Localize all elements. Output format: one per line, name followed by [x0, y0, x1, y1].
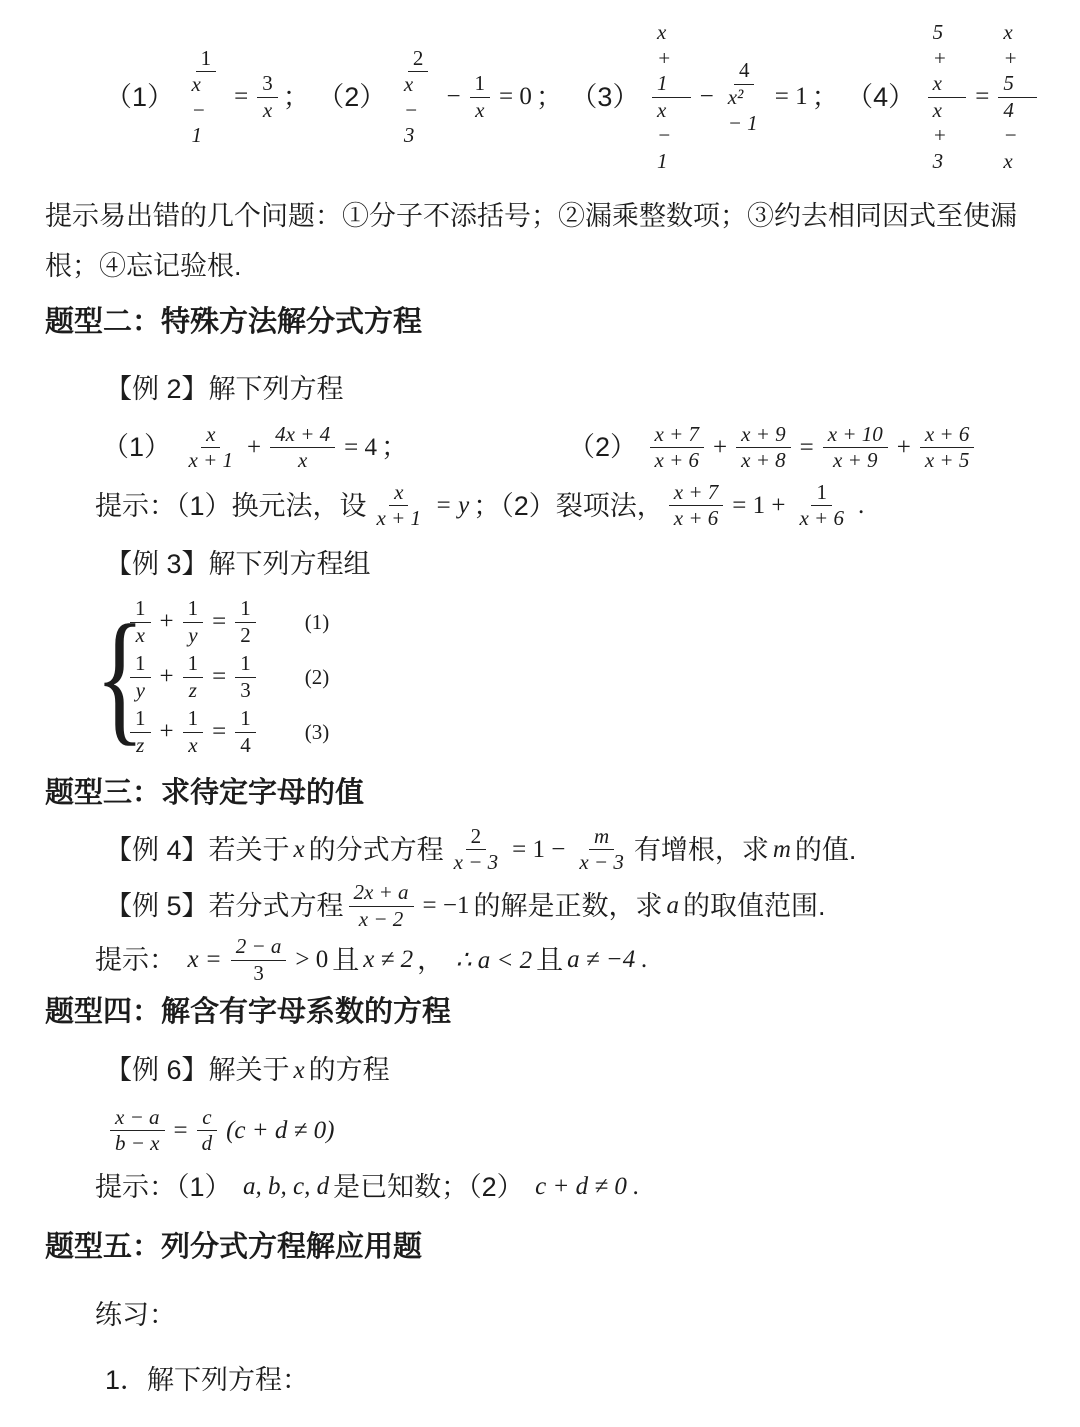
fraction: 13	[235, 651, 256, 703]
fraction: mx − 3	[574, 824, 629, 876]
math-run: =	[212, 718, 226, 746]
fraction: 1y	[183, 596, 204, 648]
text-run: 的值.	[795, 832, 857, 868]
text-run: 是已知数；（2）	[333, 1169, 531, 1205]
text-run: 的解是正数，求	[473, 888, 662, 924]
math-run: =	[800, 434, 814, 462]
text-run: 的取值范围.	[683, 888, 826, 924]
worksheet-page: （1） 1x − 1=3x； （2） 2x − 3−1x= 0； （3） x +…	[0, 0, 1080, 1427]
numerator: 2	[408, 46, 429, 73]
denominator: b − x	[110, 1131, 165, 1157]
text-run: 且	[332, 942, 359, 978]
denominator: x − 3	[574, 850, 629, 876]
denominator: 4	[235, 733, 256, 759]
numerator: x + 10	[823, 422, 888, 449]
numerator: 1	[196, 46, 217, 73]
denominator: x − 1	[187, 72, 226, 149]
denominator: x + 9	[828, 448, 883, 474]
text-run: 的方程	[309, 1052, 390, 1088]
numerator: 2 − a	[231, 934, 287, 961]
fraction: x + 6x + 5	[920, 422, 975, 474]
denominator: x	[258, 98, 277, 124]
math-run: ∴ a < 2	[456, 945, 533, 975]
system-rows: 1x+1y=12 (1) 1y+1z=13 (2) 1z+1x=14 (3)	[125, 595, 329, 760]
denominator: x + 8	[736, 448, 791, 474]
fraction: xx + 1	[372, 480, 427, 532]
intro-equations-line: （1） 1x − 1=3x； （2） 2x − 3−1x= 0； （3） x +…	[45, 20, 1042, 175]
text-run: 【例 4】若关于	[105, 832, 290, 868]
fraction: x + 10x + 9	[823, 422, 888, 474]
math-run: =	[174, 1117, 188, 1145]
fraction: x + 54 − x	[998, 20, 1037, 175]
text-run: （2）	[568, 429, 645, 465]
example-6-equation: x − ab − x=cd(c + d ≠ 0)	[45, 1105, 1042, 1157]
fraction: cd	[197, 1105, 218, 1157]
math-run: =	[212, 608, 226, 636]
numerator: x	[201, 422, 220, 449]
fraction: x + 7x + 6	[650, 422, 705, 474]
text-run: ；	[381, 429, 408, 465]
example-5-hint: 提示： x =2 − a3> 0且x ≠ 2， ∴ a < 2且a ≠ −4 .	[45, 934, 1042, 986]
denominator: x − 3	[399, 72, 438, 149]
math-run: c + d ≠ 0 .	[535, 1173, 639, 1201]
math-run: = 4	[344, 434, 377, 462]
denominator: x − 3	[449, 850, 504, 876]
denominator: x + 6	[669, 506, 724, 532]
numerator: x + 7	[669, 480, 724, 507]
denominator: x + 3	[928, 98, 967, 175]
text-run: ；	[283, 79, 318, 115]
math-run: x =	[188, 946, 222, 974]
fraction: 2 − a3	[231, 934, 287, 986]
numerator: x + 1	[652, 20, 691, 98]
fraction: 1x − 1	[187, 46, 226, 149]
text-run: 【例 5】若分式方程	[105, 888, 344, 924]
equation-label-2: (2)	[305, 665, 330, 690]
math-run: .	[858, 492, 864, 520]
numerator: x + 7	[650, 422, 705, 449]
math-run: +	[713, 434, 727, 462]
math-run: (c + d ≠ 0)	[226, 1117, 334, 1145]
denominator: x + 6	[794, 506, 849, 532]
math-run: x	[294, 836, 305, 864]
fraction: x + 9x + 8	[736, 422, 791, 474]
fraction: 2x − 3	[399, 46, 438, 149]
math-run: =	[234, 83, 248, 111]
text-run: （3）	[570, 79, 647, 115]
denominator: x − 1	[652, 98, 691, 175]
numerator: 5 + x	[928, 20, 967, 98]
math-run: a ≠ −4 .	[567, 946, 648, 974]
fraction: 14	[235, 706, 256, 758]
example-4-line: 【例 4】若关于x的分式方程2x − 3= 1 −mx − 3有增根，求m的值.	[45, 824, 1042, 876]
text-run: （1）	[102, 429, 179, 465]
math-run: a	[666, 892, 679, 920]
fraction: 2x − 3	[449, 824, 504, 876]
example-5-line: 【例 5】若分式方程2x + ax − 2= −1的解是正数，求a的取值范围.	[45, 880, 1042, 932]
fraction: 5 + xx + 3	[928, 20, 967, 175]
system-row-3: 1z+1x=14 (3)	[125, 705, 329, 760]
system-row-2: 1y+1z=13 (2)	[125, 650, 329, 705]
example-2-equations: （1） xx + 1+4x + 4x= 4；（2） x + 7x + 6+x +…	[45, 422, 1042, 474]
example-3-equation-system: { 1x+1y=12 (1) 1y+1z=13 (2) 1z+1x=14 (3)	[45, 595, 1042, 760]
numerator: 3	[257, 71, 278, 98]
text-run: 提示：（1）换元法，设	[95, 488, 367, 524]
fraction: 4x² − 1	[723, 58, 766, 136]
numerator: 1	[470, 71, 491, 98]
math-run: x	[294, 1057, 305, 1085]
numerator: 1	[235, 651, 256, 678]
numerator: 1	[183, 651, 204, 678]
text-run: （2）	[317, 79, 394, 115]
section-heading-4: 题型四：解含有字母系数的方程	[45, 997, 1042, 1029]
math-run: > 0	[295, 946, 328, 974]
denominator: x + 5	[920, 448, 975, 474]
denominator: x	[470, 98, 489, 124]
text-run: 的分式方程	[309, 832, 444, 868]
numerator: x	[389, 480, 408, 507]
math-run: = 1	[775, 83, 808, 111]
numerator: 4	[734, 58, 755, 85]
math-run: = 1 −	[512, 836, 565, 864]
fraction: 3x	[257, 71, 278, 123]
denominator: 4 − x	[998, 98, 1037, 175]
math-run: +	[897, 434, 911, 462]
text-run: 且	[536, 942, 563, 978]
practice-label: 练习：	[45, 1293, 1042, 1332]
numerator: c	[197, 1105, 216, 1132]
numerator: 1	[183, 706, 204, 733]
denominator: x + 6	[650, 448, 705, 474]
example-3-title: 【例 3】解下列方程组	[45, 542, 1042, 581]
math-run: a, b, c, d	[243, 1173, 329, 1201]
math-run: −	[700, 83, 714, 111]
text-run: ；	[812, 79, 847, 115]
denominator: x² − 1	[723, 85, 766, 136]
text-run: 【例 6】解关于	[105, 1052, 290, 1088]
math-run: = 1 +	[732, 492, 785, 520]
example-2-title: 【例 2】解下列方程	[45, 367, 1042, 406]
fraction: x + 7x + 6	[669, 480, 724, 532]
denominator: x	[293, 448, 312, 474]
math-run: =	[975, 83, 989, 111]
numerator: 1	[183, 596, 204, 623]
fraction: x + 1x − 1	[652, 20, 691, 175]
numerator: m	[589, 824, 614, 851]
numerator: 2x + a	[349, 880, 414, 907]
section-heading-3: 题型三：求待定字母的值	[45, 778, 1042, 810]
practice-item-1: 1．解下列方程：	[45, 1358, 1042, 1397]
text-run: 提示：（1）	[95, 1169, 239, 1205]
example-6-hint: 提示：（1） a, b, c, d是已知数；（2） c + d ≠ 0 .	[45, 1169, 1042, 1205]
math-run: =	[212, 663, 226, 691]
math-run: = −1	[423, 892, 470, 920]
denominator: x	[183, 733, 202, 759]
math-run: +	[160, 718, 174, 746]
text-run: （4）	[846, 79, 923, 115]
numerator: 4x + 4	[270, 422, 335, 449]
denominator: 3	[248, 961, 269, 987]
math-run: +	[160, 663, 174, 691]
error-hints-paragraph: 提示易出错的几个问题：①分子不添括号；②漏乘整数项；③约去相同因式至使漏根；④忘…	[45, 191, 1042, 291]
numerator: 1	[235, 706, 256, 733]
equation-label-3: (3)	[305, 720, 330, 745]
text-run: 有增根，求	[634, 832, 769, 868]
numerator: x + 5	[998, 20, 1037, 98]
math-run: +	[247, 434, 261, 462]
system-row-1: 1x+1y=12 (1)	[125, 595, 329, 650]
math-run: x ≠ 2	[363, 946, 413, 974]
fraction: 12	[235, 596, 256, 648]
fraction: 1x + 6	[794, 480, 849, 532]
text-run: ；（2）裂项法，	[473, 488, 664, 524]
math-run: +	[160, 608, 174, 636]
math-run: = y	[435, 492, 469, 520]
text-run: ，	[417, 942, 452, 978]
fraction: 4x + 4x	[270, 422, 335, 474]
denominator: x − 2	[354, 907, 409, 933]
numerator: x + 9	[736, 422, 791, 449]
section-heading-5: 题型五：列分式方程解应用题	[45, 1232, 1042, 1264]
denominator: z	[184, 678, 202, 704]
equation-label-1: (1)	[305, 610, 330, 635]
numerator: 1	[811, 480, 832, 507]
section-heading-2: 题型二：特殊方法解分式方程	[45, 307, 1042, 339]
numerator: x + 6	[920, 422, 975, 449]
fraction: 2x + ax − 2	[349, 880, 414, 932]
fraction: xx + 1	[184, 422, 239, 474]
numerator: 2	[466, 824, 487, 851]
system-brace: {	[95, 597, 116, 757]
fraction: 1x	[470, 71, 491, 123]
denominator: 2	[235, 623, 256, 649]
text-run: ；	[536, 79, 571, 115]
denominator: d	[197, 1131, 218, 1157]
fraction: 1x	[183, 706, 204, 758]
denominator: 3	[235, 678, 256, 704]
spacer	[408, 447, 568, 448]
numerator: x − a	[110, 1105, 165, 1132]
denominator: y	[183, 623, 202, 649]
denominator: x + 1	[372, 506, 427, 532]
denominator: x + 1	[184, 448, 239, 474]
fraction: x − ab − x	[110, 1105, 165, 1157]
math-run: = 0	[499, 83, 532, 111]
example-2-hint: 提示：（1）换元法，设xx + 1= y；（2）裂项法，x + 7x + 6= …	[45, 480, 1042, 532]
fraction: 1z	[183, 651, 204, 703]
example-6-title: 【例 6】解关于x的方程	[45, 1052, 1042, 1088]
text-run: 提示：	[95, 942, 184, 978]
text-run: （1）	[105, 79, 182, 115]
numerator: 1	[235, 596, 256, 623]
math-run: −	[446, 83, 460, 111]
math-run: m	[773, 836, 791, 864]
